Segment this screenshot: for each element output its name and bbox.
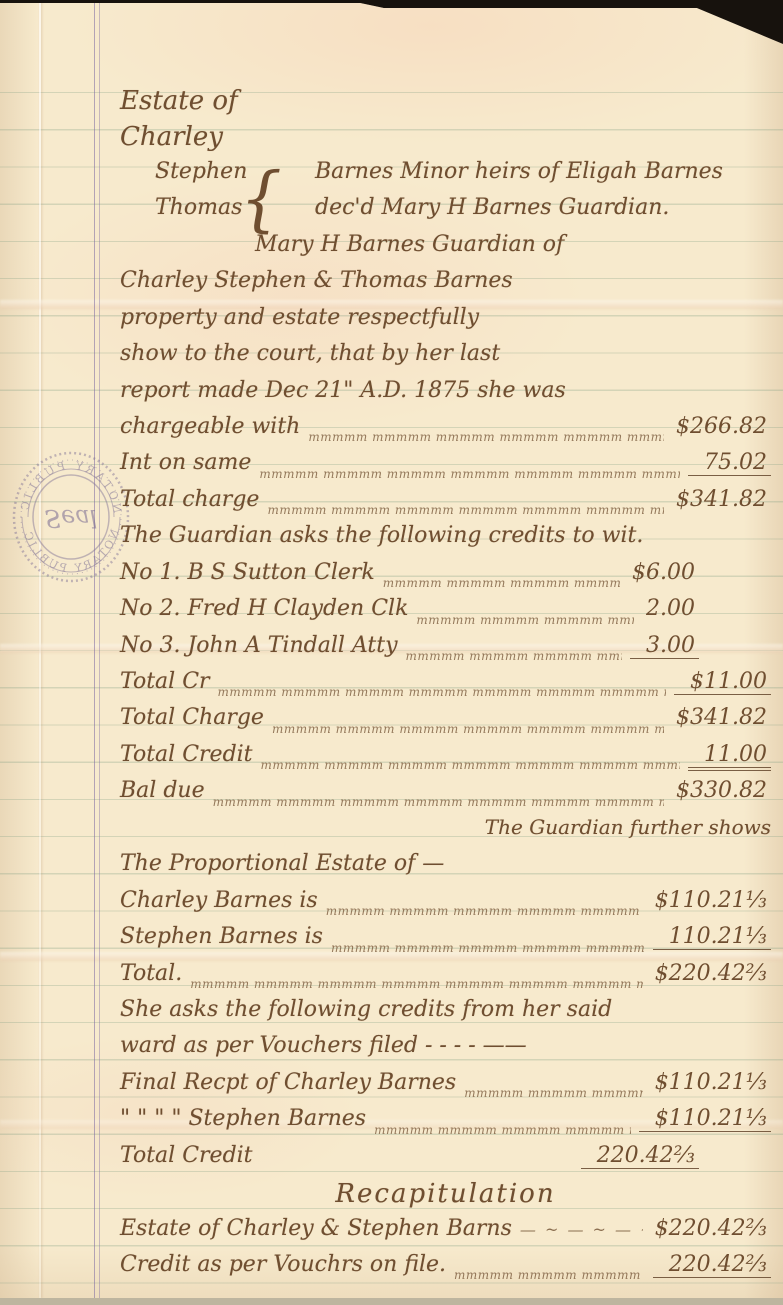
handwritten-text: property and estate respectfully [120, 305, 479, 330]
handwritten-text: Credit as per Vouchrs on file. [120, 1252, 446, 1277]
margin-rule-line [94, 0, 100, 1298]
handwritten-text: Estate of Charley & Stephen Barns [120, 1216, 512, 1241]
handwritten-name-column: Thomas [155, 195, 273, 220]
amount-value: $110.21⅓ [651, 888, 771, 913]
handwritten-text: Bal due [120, 778, 205, 803]
handwritten-text: dec'd Mary H Barnes Guardian. [315, 195, 669, 220]
document-line: Final Recpt of Charley Barnesmmmmm mmmmm… [120, 1070, 771, 1106]
amount-value: 11.00 [688, 742, 771, 771]
document-line: No 3. John A Tindall Attymmmmm mmmmm mmm… [120, 633, 771, 669]
seal-center-text: Seal [45, 504, 98, 532]
document-line: Credit as per Vouchrs on file.mmmmm mmmm… [120, 1252, 771, 1288]
handwritten-text: She asks the following credits from her … [120, 997, 612, 1022]
document-line: The Guardian further shows [120, 815, 771, 851]
handwritten-text: The Guardian asks the following credits … [120, 523, 643, 548]
document-line: property and estate respectfully [120, 305, 771, 341]
handwritten-text: show to the court, that by her last [120, 341, 500, 366]
handwritten-text: Total Credit [120, 742, 253, 767]
ink-squiggle-filler: mmmmm mmmmm mmmmm mmmmm mmmmm mmmmm mmmm… [261, 752, 680, 778]
document-line: ward as per Vouchers filed - - - - —— [120, 1033, 771, 1069]
document-line: Stephen Barnes ismmmmm mmmmm mmmmm mmmmm… [120, 924, 771, 960]
handwritten-text: Total charge [120, 487, 259, 512]
document-line: chargeable withmmmmm mmmmm mmmmm mmmmm m… [120, 414, 771, 450]
document-line: Bal duemmmmm mmmmm mmmmm mmmmm mmmmm mmm… [120, 778, 771, 814]
document-line: Total Creditmmmmm mmmmm mmmmm mmmmm mmmm… [120, 742, 771, 778]
handwritten-text: report made Dec 21" A.D. 1875 she was [120, 378, 566, 403]
ink-squiggle-filler: mmmmm mmmmm mmmmm mmmmm mmmmm mmmmm mmmm… [326, 898, 643, 924]
ink-squiggle-filler: mmmmm mmmmm mmmmm mmmmm mmmmm mmmmm mmmm… [331, 935, 645, 961]
ink-squiggle-filler: mmmmm mmmmm mmmmm mmmmm mmmmm mmmmm mmmm… [267, 497, 664, 523]
document-line: She asks the following credits from her … [120, 997, 771, 1033]
document-line: No 1. B S Sutton Clerkmmmmm mmmmm mmmmm … [120, 560, 771, 596]
handwritten-text: Mary H Barnes Guardian of [255, 232, 564, 257]
document-line: Charley Stephen & Thomas Barnes [120, 268, 771, 304]
ink-squiggle-filler: mmmmm mmmmm mmmmm mmmmm mmmmm mmmmm mmmm… [272, 716, 664, 742]
ink-squiggle-filler: mmmmm mmmmm mmmmm mmmmm mmmmm mmmmm mmmm… [464, 1080, 642, 1106]
document-line: Charley Barnes ismmmmm mmmmm mmmmm mmmmm… [120, 888, 771, 924]
handwritten-text: The Proportional Estate of — [120, 851, 444, 876]
amount-value: $330.82 [672, 778, 771, 803]
handwritten-text: " " " " Stephen Barnes [120, 1106, 366, 1131]
amount-value: 2.00 [642, 596, 699, 621]
amount-value: $110.21⅓ [639, 1106, 771, 1132]
handwritten-text: The Guardian further shows [485, 815, 771, 839]
document-line: Int on samemmmmm mmmmm mmmmm mmmmm mmmmm… [120, 450, 771, 486]
document-line: Mary H Barnes Guardian of [120, 232, 771, 268]
handwritten-name-column: Stephen [155, 159, 273, 184]
ink-squiggle-filler: mmmmm mmmmm mmmmm mmmmm mmmmm mmmmm mmmm… [213, 789, 664, 815]
ink-squiggle-filler: mmmmm mmmmm mmmmm mmmmm mmmmm mmmmm mmmm… [406, 643, 623, 669]
document-line: Recapitulation [120, 1179, 771, 1215]
amount-value: $110.21⅓ [651, 1070, 771, 1095]
ink-squiggle-filler: — ~ — ~ — ~ — ~ — ~ — ~ — ~ — ~ — ~ — ~ [520, 1220, 643, 1239]
document-line: Total chargemmmmm mmmmm mmmmm mmmmm mmmm… [120, 487, 771, 523]
document-line: The Proportional Estate of — [120, 851, 771, 887]
amount-value: 110.21⅓ [653, 924, 771, 950]
handwritten-text: Int on same [120, 450, 251, 475]
embossed-notary-seal: NOTARY PUBLIC NOTARY PUBLIC Seal [6, 444, 136, 590]
document-line: Total Chargemmmmm mmmmm mmmmm mmmmm mmmm… [120, 705, 771, 741]
document-line: Total Crmmmmm mmmmm mmmmm mmmmm mmmmm mm… [120, 669, 771, 705]
amount-value: $266.82 [672, 414, 771, 439]
amount-value: $220.42⅔ [651, 1216, 771, 1241]
amount-value: 75.02 [688, 450, 771, 476]
document-line: Charley [120, 122, 771, 158]
handwritten-text: Total Cr [120, 669, 210, 694]
amount-value: $341.82 [672, 487, 771, 512]
document-lines: Estate ofCharleyStephenBarnes Minor heir… [120, 86, 771, 1288]
handwritten-text: Charley Barnes is [120, 888, 318, 913]
amount-value: 220.42⅔ [581, 1143, 699, 1169]
paper-page: NOTARY PUBLIC NOTARY PUBLIC Seal { Estat… [0, 0, 783, 1298]
ink-squiggle-filler: mmmmm mmmmm mmmmm mmmmm mmmmm mmmmm mmmm… [454, 1262, 645, 1288]
handwritten-text: chargeable with [120, 414, 300, 439]
scanned-document: NOTARY PUBLIC NOTARY PUBLIC Seal { Estat… [0, 0, 783, 1305]
amount-value: $341.82 [672, 705, 771, 730]
document-line: The Guardian asks the following credits … [120, 523, 771, 559]
document-line: show to the court, that by her last [120, 341, 771, 377]
document-line: No 2. Fred H Clayden Clkmmmmm mmmmm mmmm… [120, 596, 771, 632]
handwritten-text: ward as per Vouchers filed - - - - —— [120, 1033, 527, 1058]
handwritten-text: Charley [120, 122, 223, 152]
handwritten-text: No 2. Fred H Clayden Clk [120, 596, 408, 621]
handwritten-text: No 1. B S Sutton Clerk [120, 560, 375, 585]
handwritten-text: Charley Stephen & Thomas Barnes [120, 268, 513, 293]
amount-value: $11.00 [674, 669, 771, 695]
document-line: Total Credit220.42⅔ [120, 1143, 771, 1179]
amount-value: $220.42⅔ [651, 961, 771, 986]
handwritten-text: Final Recpt of Charley Barnes [120, 1070, 456, 1095]
handwritten-text: Estate of [120, 86, 238, 116]
document-line: Estate of [120, 86, 771, 122]
document-line: Total.mmmmm mmmmm mmmmm mmmmm mmmmm mmmm… [120, 961, 771, 997]
document-line: Estate of Charley & Stephen Barns— ~ — ~… [120, 1216, 771, 1252]
handwritten-text: Total. [120, 961, 182, 986]
ink-squiggle-filler: mmmmm mmmmm mmmmm mmmmm mmmmm mmmmm mmmm… [259, 461, 680, 487]
handwritten-text: Recapitulation [335, 1179, 555, 1209]
handwritten-text: Stephen Barnes is [120, 924, 323, 949]
handwritten-text: Total Credit [120, 1143, 253, 1168]
handwritten-text: No 3. John A Tindall Atty [120, 633, 398, 658]
ink-squiggle-filler: mmmmm mmmmm mmmmm mmmmm mmmmm mmmmm mmmm… [383, 570, 620, 596]
document-line: " " " " Stephen Barnesmmmmm mmmmm mmmmm … [120, 1106, 771, 1142]
ink-squiggle-filler: mmmmm mmmmm mmmmm mmmmm mmmmm mmmmm mmmm… [308, 424, 664, 450]
handwritten-text: Barnes Minor heirs of Eligah Barnes [315, 159, 723, 184]
ink-squiggle-filler: mmmmm mmmmm mmmmm mmmmm mmmmm mmmmm mmmm… [218, 679, 666, 705]
document-line: Thomasdec'd Mary H Barnes Guardian. [120, 195, 771, 231]
amount-value: $6.00 [628, 560, 699, 585]
amount-value: 220.42⅔ [653, 1252, 771, 1278]
ink-squiggle-filler: mmmmm mmmmm mmmmm mmmmm mmmmm mmmmm mmmm… [190, 971, 642, 997]
ink-squiggle-filler: mmmmm mmmmm mmmmm mmmmm mmmmm mmmmm mmmm… [374, 1117, 631, 1143]
document-line: StephenBarnes Minor heirs of Eligah Barn… [120, 159, 771, 195]
amount-value: 3.00 [630, 633, 699, 659]
ink-squiggle-filler: mmmmm mmmmm mmmmm mmmmm mmmmm mmmmm mmmm… [416, 607, 634, 633]
handwritten-text: Total Charge [120, 705, 264, 730]
document-line: report made Dec 21" A.D. 1875 she was [120, 378, 771, 414]
